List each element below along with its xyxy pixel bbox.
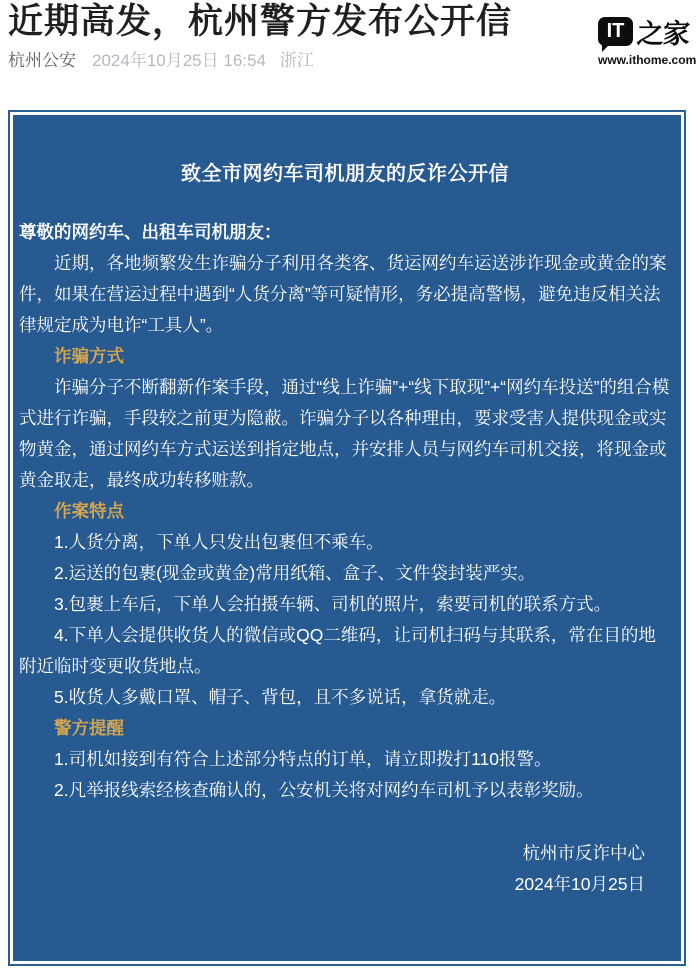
letter-date: 2024年10月25日: [19, 869, 645, 900]
letter-list-item: 5.收货人多戴口罩、帽子、背包，且不多说话，拿货就走。: [19, 682, 671, 713]
letter-list-item: 4.下单人会提供收货人的微信或QQ二维码，让司机扫码与其联系，常在目的地附近临时…: [19, 620, 671, 682]
open-letter: 致全市网约车司机朋友的反诈公开信 尊敬的网约车、出租车司机朋友： 近期，各地频繁…: [13, 115, 681, 961]
section-heading-fraud-method: 诈骗方式: [19, 341, 671, 372]
letter-list-item: 3.包裹上车后，下单人会拍摄车辆、司机的照片，索要司机的联系方式。: [19, 589, 671, 620]
source-name[interactable]: 杭州公安: [8, 51, 76, 70]
publish-location: 浙江: [280, 51, 314, 70]
letter-list-item: 2.运送的包裹(现金或黄金)常用纸箱、盒子、文件袋封装严实。: [19, 558, 671, 589]
section-heading-case-features: 作案特点: [19, 496, 671, 527]
section-heading-police-reminder: 警方提醒: [19, 713, 671, 744]
article-title: 近期高发，杭州警方发布公开信: [8, 0, 568, 44]
ithome-it-icon: IT: [598, 17, 633, 46]
letter-signature: 杭州市反诈中心: [19, 838, 645, 869]
article-meta: 杭州公安2024年10月25日 16:54浙江: [8, 50, 314, 72]
letter-title: 致全市网约车司机朋友的反诈公开信: [19, 115, 671, 184]
letter-paragraph: 诈骗分子不断翻新作案手段，通过“线上诈骗”+“线下取现”+“网约车投送”的组合模…: [19, 372, 671, 496]
publish-time: 2024年10月25日 16:54: [92, 51, 266, 70]
ithome-logo-mark: IT 之家: [598, 15, 690, 47]
letter-body: 尊敬的网约车、出租车司机朋友： 近期，各地频繁发生诈骗分子利用各类客、货运网约车…: [19, 217, 671, 806]
open-letter-image: 致全市网约车司机朋友的反诈公开信 尊敬的网约车、出租车司机朋友： 近期，各地频繁…: [8, 110, 686, 966]
letter-greeting: 尊敬的网约车、出租车司机朋友：: [19, 217, 671, 248]
article-page: 近期高发，杭州警方发布公开信 杭州公安2024年10月25日 16:54浙江 I…: [0, 0, 698, 974]
letter-list-item: 1.司机如接到有符合上述部分特点的订单，请立即拨打110报警。: [19, 744, 671, 775]
ithome-home-glyph: 之家: [636, 12, 691, 51]
letter-list-item: 1.人货分离，下单人只发出包裹但不乘车。: [19, 527, 671, 558]
ithome-logo[interactable]: IT 之家 www.ithome.com: [598, 15, 690, 67]
letter-list-item: 2.凡举报线索经核查确认的，公安机关将对网约车司机予以表彰奖励。: [19, 775, 671, 806]
ithome-url: www.ithome.com: [598, 53, 690, 67]
letter-paragraph: 近期，各地频繁发生诈骗分子利用各类客、货运网约车运送涉诈现金或黄金的案件，如果在…: [19, 248, 671, 341]
letter-signature-block: 杭州市反诈中心 2024年10月25日: [19, 838, 671, 900]
